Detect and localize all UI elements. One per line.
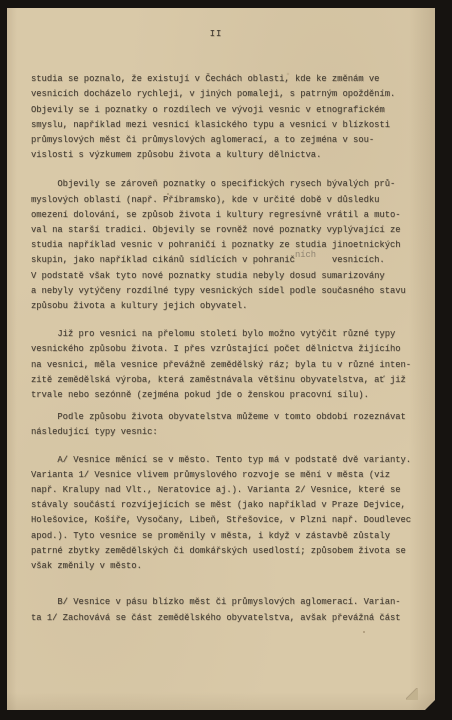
page-corner-fold bbox=[406, 688, 418, 700]
text-line-with-correction: skupin, jako například cikánů sídlících … bbox=[31, 253, 417, 268]
text-line: Objevily se zároveň poznatky o specifick… bbox=[31, 177, 417, 192]
text-line: A/ Vesnice měnící se v město. Tento typ … bbox=[31, 453, 417, 468]
text-line: studia se poznalo, že existují v Čechách… bbox=[31, 72, 417, 87]
text-line: následující typy vesnic: bbox=[31, 425, 417, 440]
text-line: V podstatě však tyto nové poznatky studi… bbox=[31, 269, 417, 284]
text-line: Varianta 1/ Vesnice vlivem průmyslového … bbox=[31, 468, 417, 483]
paragraph-4: Podle způsobu života obyvatelstva můžeme… bbox=[31, 410, 417, 440]
text-line: Holešovice, Košíře, Vysočany, Libeň, Stř… bbox=[31, 513, 417, 528]
text-line: na vesnici, měla vesnice převážně zemědě… bbox=[31, 358, 417, 373]
text-line: zitě zemědělská výroba, která zaměstnáva… bbox=[31, 373, 417, 388]
paragraph-3: Již pro vesnici na přelomu století bylo … bbox=[31, 327, 417, 403]
page-number: II bbox=[23, 27, 409, 42]
text-line: B/ Vesnice v pásu blízko měst či průmysl… bbox=[31, 595, 417, 610]
text-line: trvale nebo sezónně (zejména pokud jde o… bbox=[31, 388, 417, 403]
text-line: omezení dolování, se způsob života i kul… bbox=[31, 208, 417, 223]
text-line: patrné zbytky zemědělských či domkářskýc… bbox=[31, 544, 417, 559]
text-line: Objevily se i poznatky o rozdílech ve vý… bbox=[31, 103, 417, 118]
text-line: vislosti s výzkumem způsobu života a kul… bbox=[31, 148, 417, 163]
text-line: ta 1/ Zachovává se část zemědělského oby… bbox=[31, 611, 417, 626]
paragraph-1: studia se poznalo, že existují v Čechách… bbox=[31, 72, 417, 163]
text-line: a nebyly vytýčeny rozdílné typy vesnický… bbox=[31, 284, 417, 299]
paragraph-5: A/ Vesnice měnící se v město. Tento typ … bbox=[31, 453, 417, 575]
text-line: vesnického způsobu života. I přes vzrůst… bbox=[31, 342, 417, 357]
text-line: smyslu, například mezi vesnicí klasickéh… bbox=[31, 118, 417, 133]
text-line: vesnicích docházelo rychleji, v jiných p… bbox=[31, 87, 417, 102]
text-line: apod.). Tyto vesnice se proměnily v měst… bbox=[31, 529, 417, 544]
text-line: myslových oblastí (např. Příbramsko), kd… bbox=[31, 193, 417, 208]
text-line: průmyslových měst či průmyslových aglome… bbox=[31, 133, 417, 148]
text-line: však změnily v město. bbox=[31, 559, 417, 574]
typewritten-text-block: II studia se poznalo, že existují v Čech… bbox=[31, 27, 417, 626]
scanned-page: II studia se poznalo, že existují v Čech… bbox=[7, 8, 435, 710]
text-line: např. Kralupy nad Vlt., Neratovice aj.).… bbox=[31, 483, 417, 498]
text-line: val na starší tradici. Objevily se rovně… bbox=[31, 223, 417, 238]
paragraph-6: B/ Vesnice v pásu blízko měst či průmysl… bbox=[31, 595, 417, 625]
text-segment: vesnicích. bbox=[316, 255, 385, 265]
typewriter-correction: ních bbox=[295, 250, 316, 260]
text-line: způsobu života a kultury jejich obyvatel… bbox=[31, 299, 417, 314]
text-line: stávaly součástí rozvíjejících se měst (… bbox=[31, 498, 417, 513]
text-line: Podle způsobu života obyvatelstva můžeme… bbox=[31, 410, 417, 425]
text-segment: skupin, jako například cikánů sídlících … bbox=[31, 255, 295, 265]
text-line: studia například vesnic v pohraničí i po… bbox=[31, 238, 417, 253]
text-line: Již pro vesnici na přelomu století bylo … bbox=[31, 327, 417, 342]
paragraph-2: Objevily se zároveň poznatky o specifick… bbox=[31, 177, 417, 314]
